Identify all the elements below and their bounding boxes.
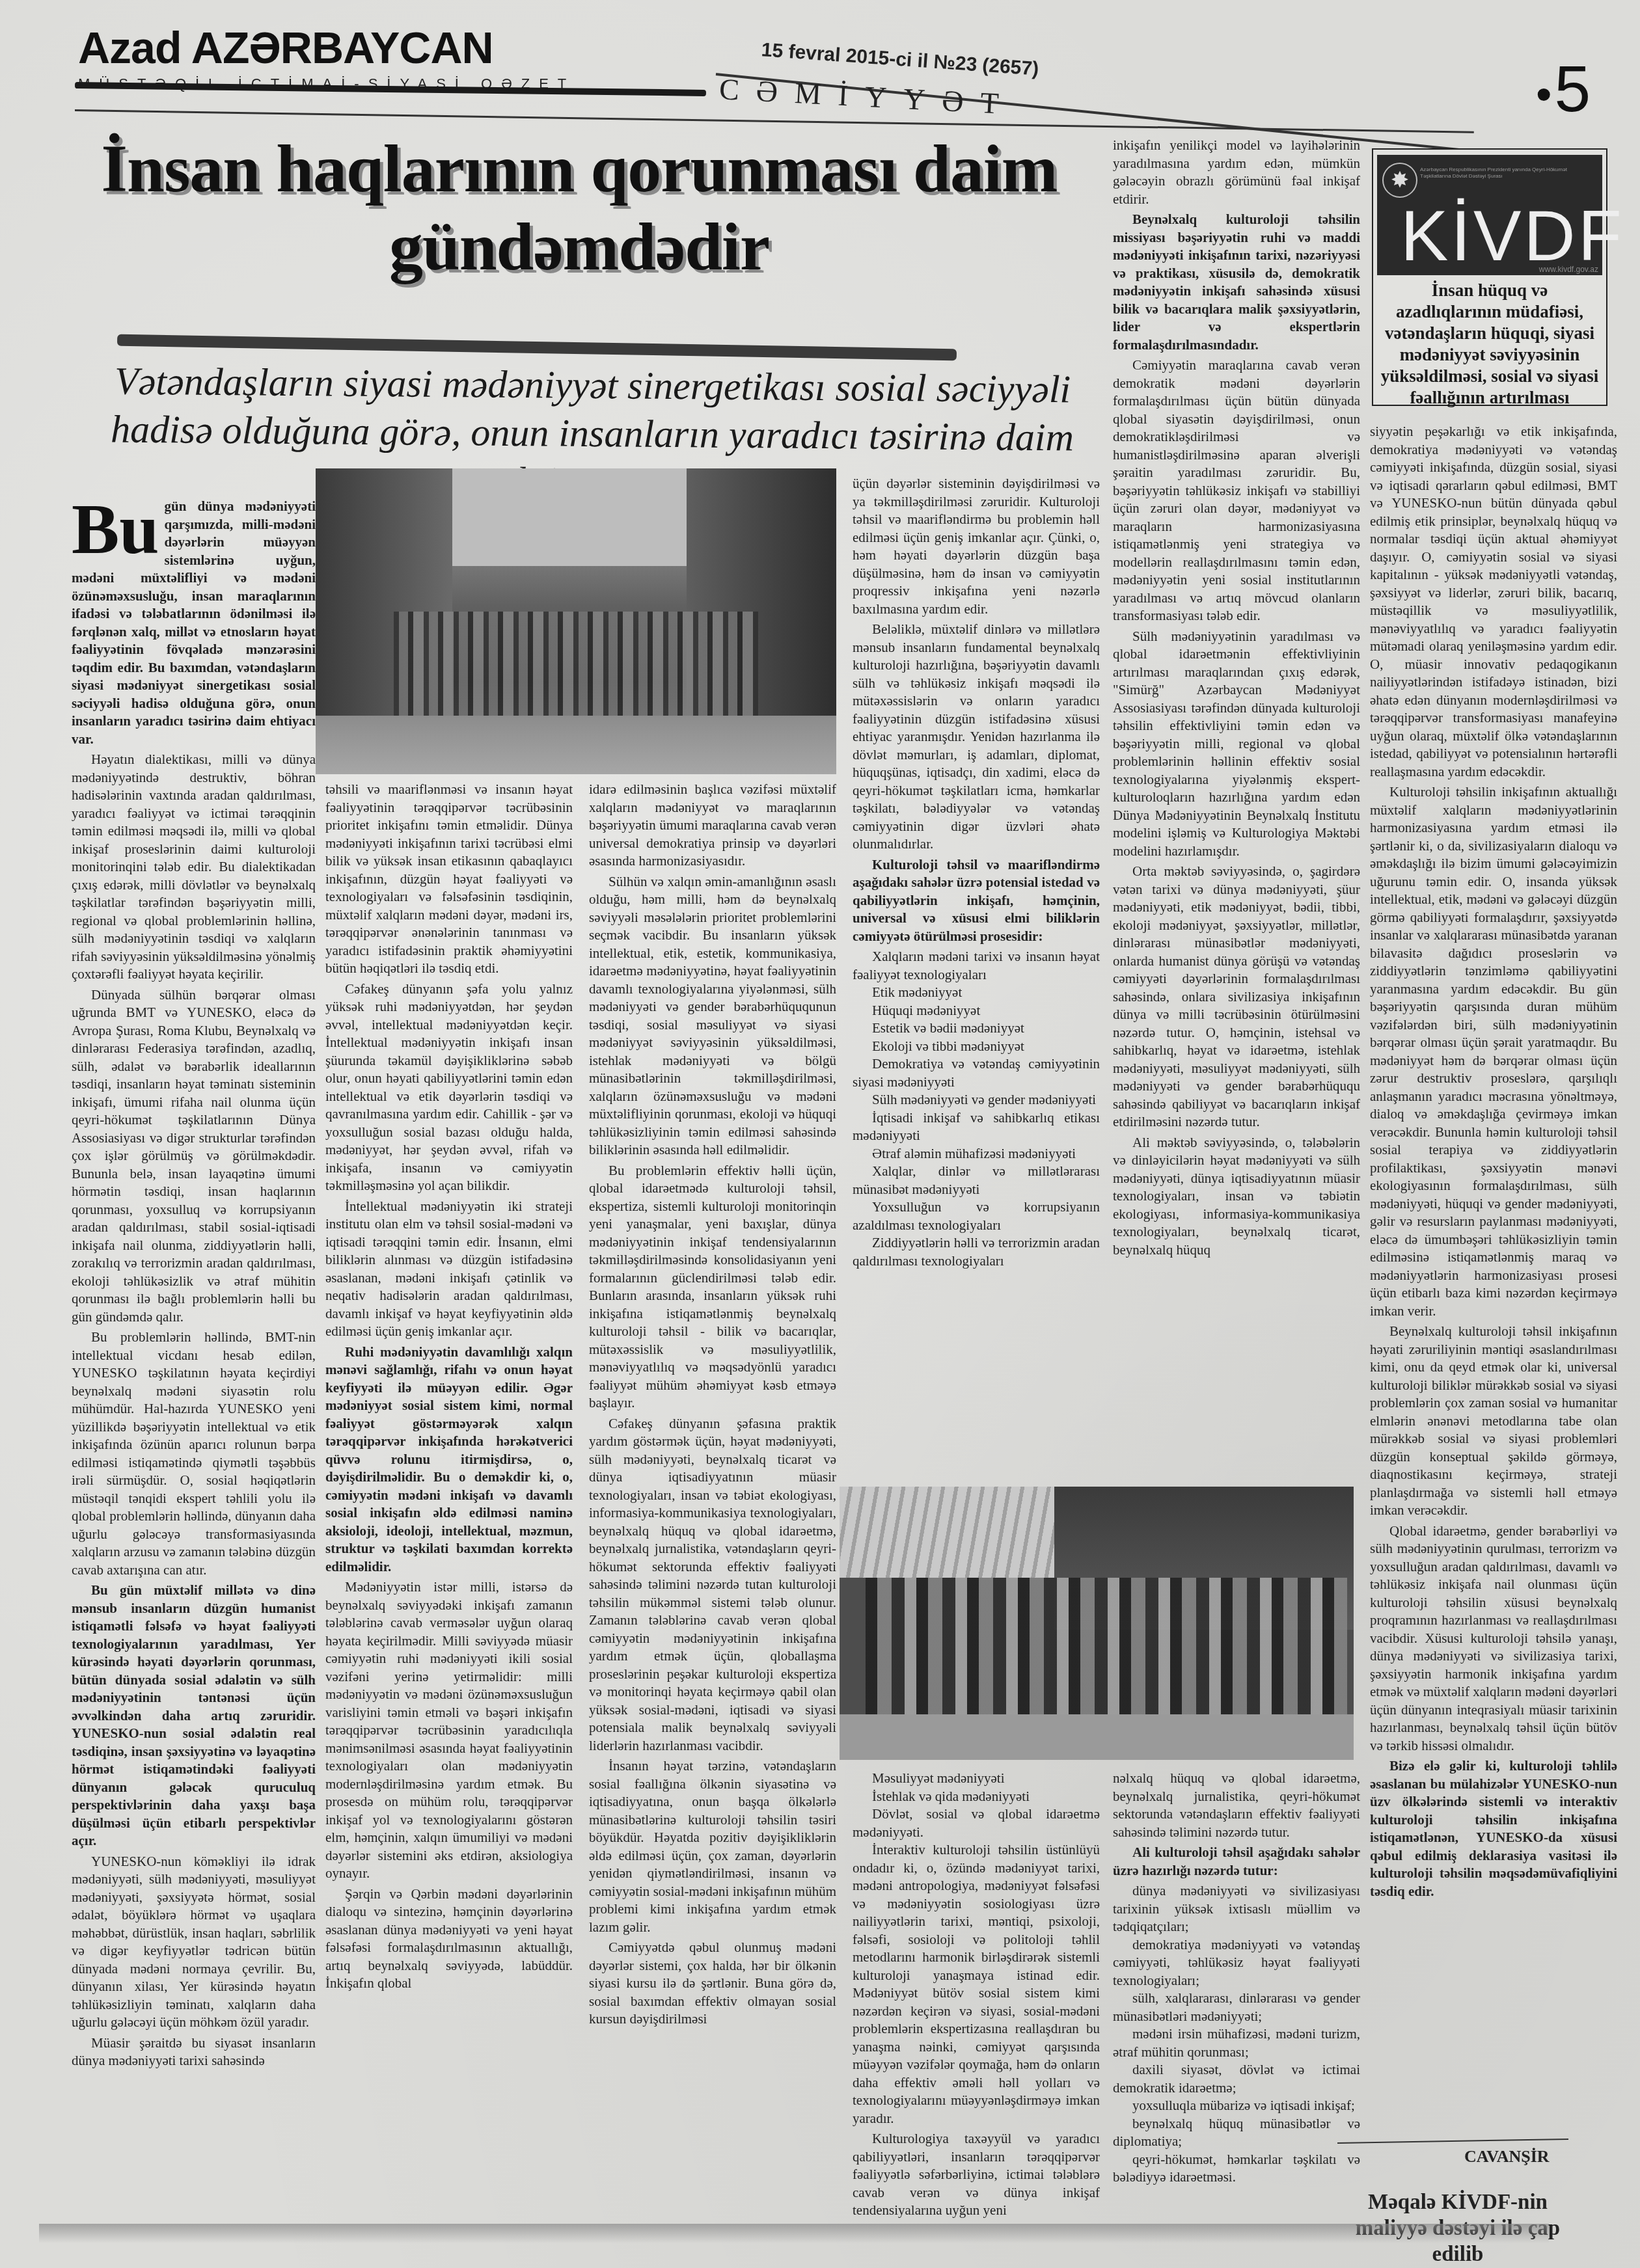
list-item: demokratiya mədəniyyəti və vətəndaş cəmi… bbox=[1113, 1936, 1360, 1990]
page-number-value: 5 bbox=[1555, 53, 1591, 126]
list-item: Məsuliyyət mədəniyyəti bbox=[853, 1770, 1100, 1788]
photo-sky bbox=[452, 468, 687, 566]
kivdf-logo: KİVDF bbox=[1401, 200, 1624, 272]
section-name: CƏMİYYƏT bbox=[718, 72, 1017, 122]
article-column-2: təhsili və maariflənməsi və insanın həya… bbox=[325, 781, 573, 1995]
article-column-5: inkişafın yenilikçi model və layihələrin… bbox=[1113, 137, 1360, 1262]
paragraph-bold: Beynəlxalq kulturoloji təhsilin missiyas… bbox=[1113, 211, 1360, 354]
list-item: Xalqların mədəni tarixi və insanın həyat… bbox=[853, 948, 1100, 984]
paragraph: Ali məktəb səviyyəsində, o, tələbələrin … bbox=[1113, 1134, 1360, 1260]
article-column-1: Bugün dünya mədəniyyəti qarşımızda, mill… bbox=[72, 498, 316, 2267]
paragraph: Beynəlxalq kulturoloji təhsil inkişafını… bbox=[1370, 1323, 1617, 1520]
article-column-3: idarə edilməsinin başlıca vəzifəsi müxtə… bbox=[589, 781, 836, 2031]
list-item: İqtisadi inkişaf və sahibkarlıq etikası … bbox=[853, 1109, 1100, 1145]
paragraph-bold: Bu gün müxtəlif millətə və dinə mənsub i… bbox=[72, 1582, 316, 1850]
page-fold-shadow bbox=[39, 2224, 1549, 2243]
paragraph: nəlxalq hüquq və qlobal idarəetmə, beynə… bbox=[1113, 1770, 1360, 1841]
list-item: Ziddiyyətlərin həlli və terrorizmin arad… bbox=[853, 1234, 1100, 1270]
paragraph: inkişafın yenilikçi model və layihələrin… bbox=[1113, 137, 1360, 208]
culture-areas-list: Xalqların mədəni tarixi və insanın həyat… bbox=[853, 948, 1100, 1270]
paragraph: Cəmiyyətin maraqlarına cavab verən demok… bbox=[1113, 357, 1360, 625]
kivdf-website: www.kivdf.gov.az bbox=[1539, 265, 1598, 274]
paragraph: Həyatın dialektikası, milli və dünya məd… bbox=[72, 751, 316, 984]
pedestrians-bicycle-photo bbox=[840, 1487, 1354, 1760]
author-signature: CAVANŞİR bbox=[1464, 2147, 1550, 2167]
paragraph: Qlobal idarəetmə, gender bərabərliyi və … bbox=[1370, 1522, 1617, 1755]
bullet-icon: • bbox=[1536, 69, 1552, 120]
paragraph: idarə edilməsinin başlıca vəzifəsi müxtə… bbox=[589, 781, 836, 871]
list-item: Ətraf aləmin mühafizəsi mədəniyyəti bbox=[853, 1145, 1100, 1163]
article-column-6: siyyətin peşəkarlığı və etik inkişafında… bbox=[1370, 423, 1617, 1903]
issue-date: 15 fevral 2015-ci il №23 (2657) bbox=[761, 39, 1039, 81]
paragraph-bold: Ali kulturoloji təhsil aşağıdakı sahələr… bbox=[1113, 1844, 1360, 1880]
kivdf-mission-text: İnsan hüquq və azadlıqlarının müdafiəsi,… bbox=[1378, 280, 1601, 409]
higher-education-list: dünya mədəniyyəti və sivilizasiyası tari… bbox=[1113, 1882, 1360, 2187]
paragraph: İnteraktiv kulturoloji təhsilin üstünlüy… bbox=[853, 1841, 1100, 2127]
paragraph: Dünyada sülhün bərqərar olması uğrunda B… bbox=[72, 986, 316, 1327]
newspaper-page: Azad AZƏRBAYCAN MÜSTƏQİL İCTİMAİ-SİYASİ … bbox=[0, 0, 1640, 2268]
paragraph: Şərqin və Qərbin mədəni dəyərlərinin dia… bbox=[325, 1885, 573, 1993]
photo-awning bbox=[840, 1487, 1054, 1578]
paragraph: Bu problemlərin effektiv həlli üçün, qlo… bbox=[589, 1162, 836, 1412]
paragraph: təhsili və maariflənməsi və insanın həya… bbox=[325, 781, 573, 978]
list-item: Demokratiya və vətəndaş cəmiyyətinin siy… bbox=[853, 1055, 1100, 1091]
article-column-4: üçün dəyərlər sisteminin dəyişdirilməsi … bbox=[853, 475, 1100, 1270]
list-item: Ekoloji və tibbi mədəniyyət bbox=[853, 1038, 1100, 1056]
paragraph: Bu problemlərin həllində, BMT-nin intell… bbox=[72, 1329, 316, 1579]
paragraph: Sülhün və xalqın əmin-amanlığının əsaslı… bbox=[589, 873, 836, 1159]
page-number: •5 bbox=[1536, 52, 1591, 127]
paragraph: YUNESKO-nun köməkliyi ilə idrak mədəniyy… bbox=[72, 1853, 316, 2032]
paragraph: üçün dəyərlər sisteminin dəyişdirilməsi … bbox=[853, 475, 1100, 618]
article-headline: İnsan haqlarının qorunması daim gündəmdə… bbox=[72, 130, 1087, 286]
paragraph: Mədəniyyətin istər milli, istərsə də bey… bbox=[325, 1578, 573, 1883]
photo-ground bbox=[840, 1714, 1354, 1760]
culture-areas-list-cont: Məsuliyyət mədəniyyəti İstehlak və qida … bbox=[853, 1770, 1100, 1841]
list-item: Dövlət, sosial və qlobal idarəetmə mədən… bbox=[853, 1805, 1100, 1841]
dropcap: Bu bbox=[72, 500, 159, 558]
photo-people bbox=[866, 1578, 1347, 1727]
paragraph-bold: Ruhi mədəniyyətin davamlılığı xalqın mən… bbox=[325, 1343, 573, 1576]
list-item: mədəni irsin mühafizəsi, mədəni turizm, … bbox=[1113, 2025, 1360, 2061]
list-item: Etik mədəniyyət bbox=[853, 984, 1100, 1002]
list-item: beynəlxalq hüquq münasibətlər və diploma… bbox=[1113, 2115, 1360, 2151]
article-column-4-lower: Məsuliyyət mədəniyyəti İstehlak və qida … bbox=[853, 1770, 1100, 2222]
headline-rule bbox=[117, 334, 957, 361]
kivdf-sidebar-box: ✸ Azərbaycan Respublikasının Prezidenti … bbox=[1372, 148, 1607, 406]
paragraph: İnsanın həyat tərzinə, vətəndaşların sos… bbox=[589, 1757, 836, 1936]
kivdf-banner: ✸ Azərbaycan Respublikasının Prezidenti … bbox=[1377, 155, 1602, 275]
emblem-icon: ✸ bbox=[1382, 163, 1417, 198]
paragraph: Cəmiyyətdə qəbul olunmuş mədəni dəyərlər… bbox=[589, 1939, 836, 2029]
list-item: sülh, xalqlararası, dinlərarası və gende… bbox=[1113, 1990, 1360, 2025]
paragraph: Orta məktəb səviyyəsində, o, şagirdərə v… bbox=[1113, 863, 1360, 1131]
list-item: yoxsulluqla mübarizə və iqtisadi inkişaf… bbox=[1113, 2097, 1360, 2115]
list-item: daxili siyasət, dövlət və ictimai demokr… bbox=[1113, 2061, 1360, 2097]
paragraph: Cəfakeş dünyanın şəfasına praktik yardım… bbox=[589, 1415, 836, 1755]
list-item: Sülh mədəniyyəti və gender mədəniyyəti bbox=[853, 1091, 1100, 1109]
list-item: Xalqlar, dinlər və millətlərarası münasi… bbox=[853, 1163, 1100, 1198]
paragraph: Kulturologiya taxəyyül və yaradıcı qabil… bbox=[853, 2130, 1100, 2220]
paragraph: İntellektual mədəniyyətin iki strateji i… bbox=[325, 1198, 573, 1341]
paragraph: Kulturoloji təhsilin inkişafının aktuall… bbox=[1370, 783, 1617, 1320]
list-item: qeyri-hökumət, həmkarlar təşkilatı və bə… bbox=[1113, 2151, 1360, 2187]
kivdf-org-name: Azərbaycan Respublikasının Prezidenti ya… bbox=[1420, 167, 1570, 180]
list-item: Yoxsulluğun və korrupsiyanın azaldılması… bbox=[853, 1198, 1100, 1234]
paragraph: Beləliklə, müxtəlif dinlərə və millətlər… bbox=[853, 621, 1100, 854]
paragraph-bold: Kulturoloji təhsil və maarifləndirmə aşa… bbox=[853, 856, 1100, 946]
paragraph: Sülh mədəniyyətinin yaradılması və qloba… bbox=[1113, 628, 1360, 861]
list-item: dünya mədəniyyəti və sivilizasiyası tari… bbox=[1113, 1882, 1360, 1936]
paragraph-bold: Bizə elə gəlir ki, kulturoloji təhlilə ə… bbox=[1370, 1757, 1617, 1900]
article-column-5-lower: nəlxalq hüquq və qlobal idarəetmə, beynə… bbox=[1113, 1770, 1360, 2187]
list-item: İstehlak və qida mədəniyyəti bbox=[853, 1788, 1100, 1806]
paragraph: Müasir şəraitdə bu siyasət insanların dü… bbox=[72, 2034, 316, 2070]
street-crowd-photo bbox=[316, 468, 836, 774]
lead-paragraph: Bugün dünya mədəniyyəti qarşımızda, mill… bbox=[72, 498, 316, 748]
newspaper-title: Azad AZƏRBAYCAN bbox=[78, 26, 716, 70]
list-item: Hüquqi mədəniyyət bbox=[853, 1002, 1100, 1020]
signature-rule bbox=[1337, 2139, 1568, 2144]
masthead: Azad AZƏRBAYCAN MÜSTƏQİL İCTİMAİ-SİYASİ … bbox=[78, 26, 716, 92]
photo-street bbox=[316, 716, 836, 774]
paragraph: siyyətin peşəkarlığı və etik inkişafında… bbox=[1370, 423, 1617, 781]
list-item: Estetik və bədii mədəniyyət bbox=[853, 1019, 1100, 1038]
paragraph: Cəfakeş dünyanın şəfa yolu yalnız yüksək… bbox=[325, 980, 573, 1195]
